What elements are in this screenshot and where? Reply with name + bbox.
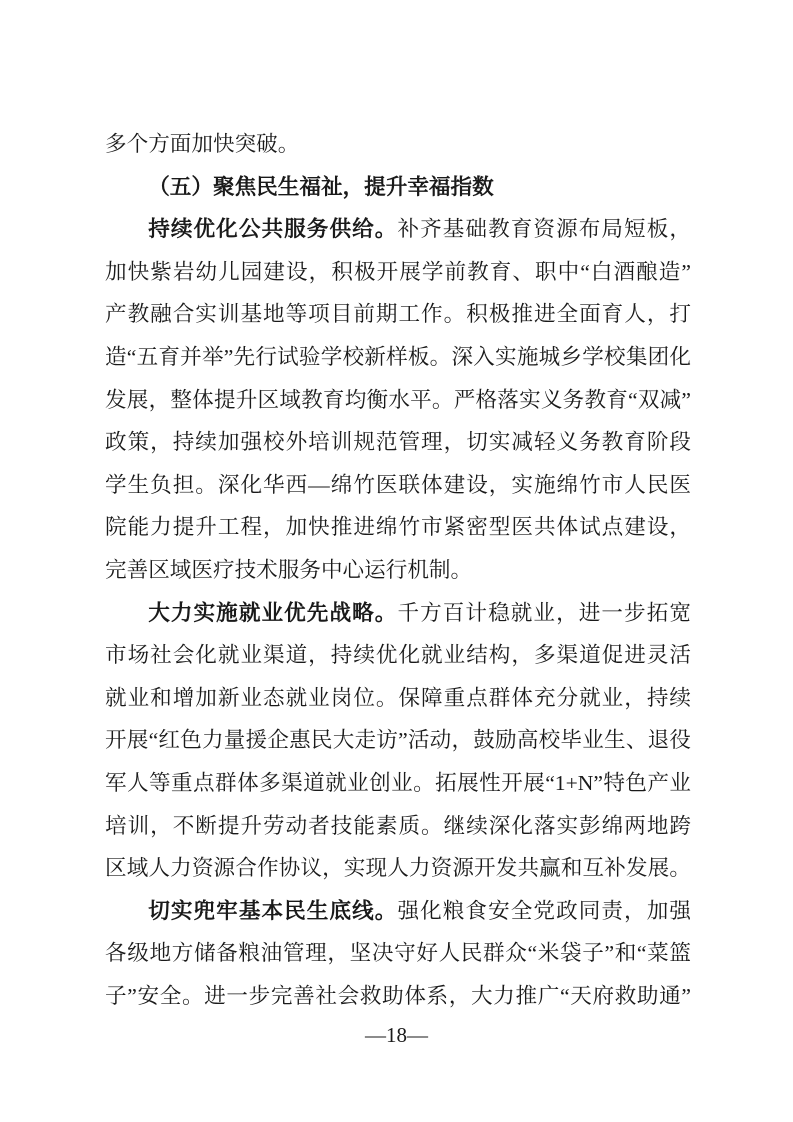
text-line: 政策，持续加强校外培训规范管理，切实减轻义务教育阶段 (105, 421, 691, 464)
paragraph-lead-text: 大力实施就业优先战略。 (148, 601, 397, 625)
text-line: 发展，整体提升区域教育均衡水平。严格落实义务教育“双减” (105, 379, 691, 422)
text-line: 学生负担。深化华西—绵竹医联体建设，实施绵竹市人民医 (105, 464, 691, 507)
text-line: 军人等重点群体多渠道就业创业。拓展性开展“1+N”特色产业 (105, 762, 691, 805)
text-line: 市场社会化就业渠道，持续优化就业结构，多渠道促进灵活 (105, 634, 691, 677)
paragraph-start-line: 大力实施就业优先战略。千方百计稳就业，进一步拓宽 (105, 592, 691, 635)
line-text: 培训，不断提升劳动者技能素质。继续深化落实彭绵两地跨 (105, 814, 691, 838)
line-text: 千方百计稳就业，进一步拓宽 (397, 601, 691, 625)
line-text: 区域人力资源合作协议，实现人力资源开发共赢和互补发展。 (105, 856, 691, 880)
paragraph-end-line: 完善区域医疗技术服务中心运行机制。 (105, 549, 691, 592)
line-text: 产教融合实训基地等项目前期工作。积极推进全面育人，打 (105, 302, 691, 326)
line-text: 多个方面加快突破。 (105, 132, 299, 156)
line-text: 就业和增加新业态就业岗位。保障重点群体充分就业，持续 (105, 686, 691, 710)
line-text: 造“五育并举”先行试验学校新样板。深入实施城乡学校集团化 (105, 345, 691, 369)
line-text: 加快紫岩幼儿园建设，积极开展学前教育、职中“白酒酿造” (105, 260, 691, 284)
line-text: 完善区域医疗技术服务中心运行机制。 (105, 558, 472, 582)
text-line: 各级地方储备粮油管理，坚决守好人民群众“米袋子”和“菜篮 (105, 932, 691, 975)
paragraph-lead-text: 切实兜牢基本民生底线。 (148, 899, 397, 923)
page-number: —18— (0, 1020, 793, 1050)
text-line: 培训，不断提升劳动者技能素质。继续深化落实彭绵两地跨 (105, 805, 691, 848)
paragraph-end-line: 区域人力资源合作协议，实现人力资源开发共赢和互补发展。 (105, 847, 691, 890)
line-text: 发展，整体提升区域教育均衡水平。严格落实义务教育“双减” (105, 388, 691, 412)
document-page: 多个方面加快突破。 （五）聚焦民生福祉，提升幸福指数 持续优化公共服务供给。补齐… (0, 0, 793, 1122)
section-heading: （五）聚焦民生福祉，提升幸福指数 (105, 166, 691, 209)
text-line: 子”安全。进一步完善社会救助体系，大力推广“天府救助通” (105, 975, 691, 1018)
text-line: 造“五育并举”先行试验学校新样板。深入实施城乡学校集团化 (105, 336, 691, 379)
section-heading-text: （五）聚焦民生福祉，提升幸福指数 (148, 175, 494, 199)
paragraph-lead-text: 持续优化公共服务供给。 (148, 217, 397, 241)
line-text: 院能力提升工程，加快推进绵竹市紧密型医共体试点建设， (105, 515, 691, 539)
text-line: 加快紫岩幼儿园建设，积极开展学前教育、职中“白酒酿造” (105, 251, 691, 294)
line-text: 政策，持续加强校外培训规范管理，切实减轻义务教育阶段 (105, 430, 691, 454)
line-text: 军人等重点群体多渠道就业创业。拓展性开展“1+N”特色产业 (105, 771, 691, 795)
text-line: 产教融合实训基地等项目前期工作。积极推进全面育人，打 (105, 293, 691, 336)
line-text: 补齐基础教育资源布局短板， (397, 217, 691, 241)
paragraph-start-line: 切实兜牢基本民生底线。强化粮食安全党政同责，加强 (105, 890, 691, 933)
text-line: 多个方面加快突破。 (105, 123, 691, 166)
line-text: 子”安全。进一步完善社会救助体系，大力推广“天府救助通” (105, 984, 691, 1008)
line-text: 强化粮食安全党政同责，加强 (397, 899, 691, 923)
text-line: 就业和增加新业态就业岗位。保障重点群体充分就业，持续 (105, 677, 691, 720)
line-text: 各级地方储备粮油管理，坚决守好人民群众“米袋子”和“菜篮 (105, 941, 691, 965)
document-text-block: 多个方面加快突破。 （五）聚焦民生福祉，提升幸福指数 持续优化公共服务供给。补齐… (105, 123, 691, 1017)
line-text: 市场社会化就业渠道，持续优化就业结构，多渠道促进灵活 (105, 643, 691, 667)
line-text: 学生负担。深化华西—绵竹医联体建设，实施绵竹市人民医 (105, 473, 691, 497)
text-line: 开展“红色力量援企惠民大走访”活动，鼓励高校毕业生、退役 (105, 719, 691, 762)
paragraph-start-line: 持续优化公共服务供给。补齐基础教育资源布局短板， (105, 208, 691, 251)
line-text: 开展“红色力量援企惠民大走访”活动，鼓励高校毕业生、退役 (105, 728, 691, 752)
text-line: 院能力提升工程，加快推进绵竹市紧密型医共体试点建设， (105, 506, 691, 549)
